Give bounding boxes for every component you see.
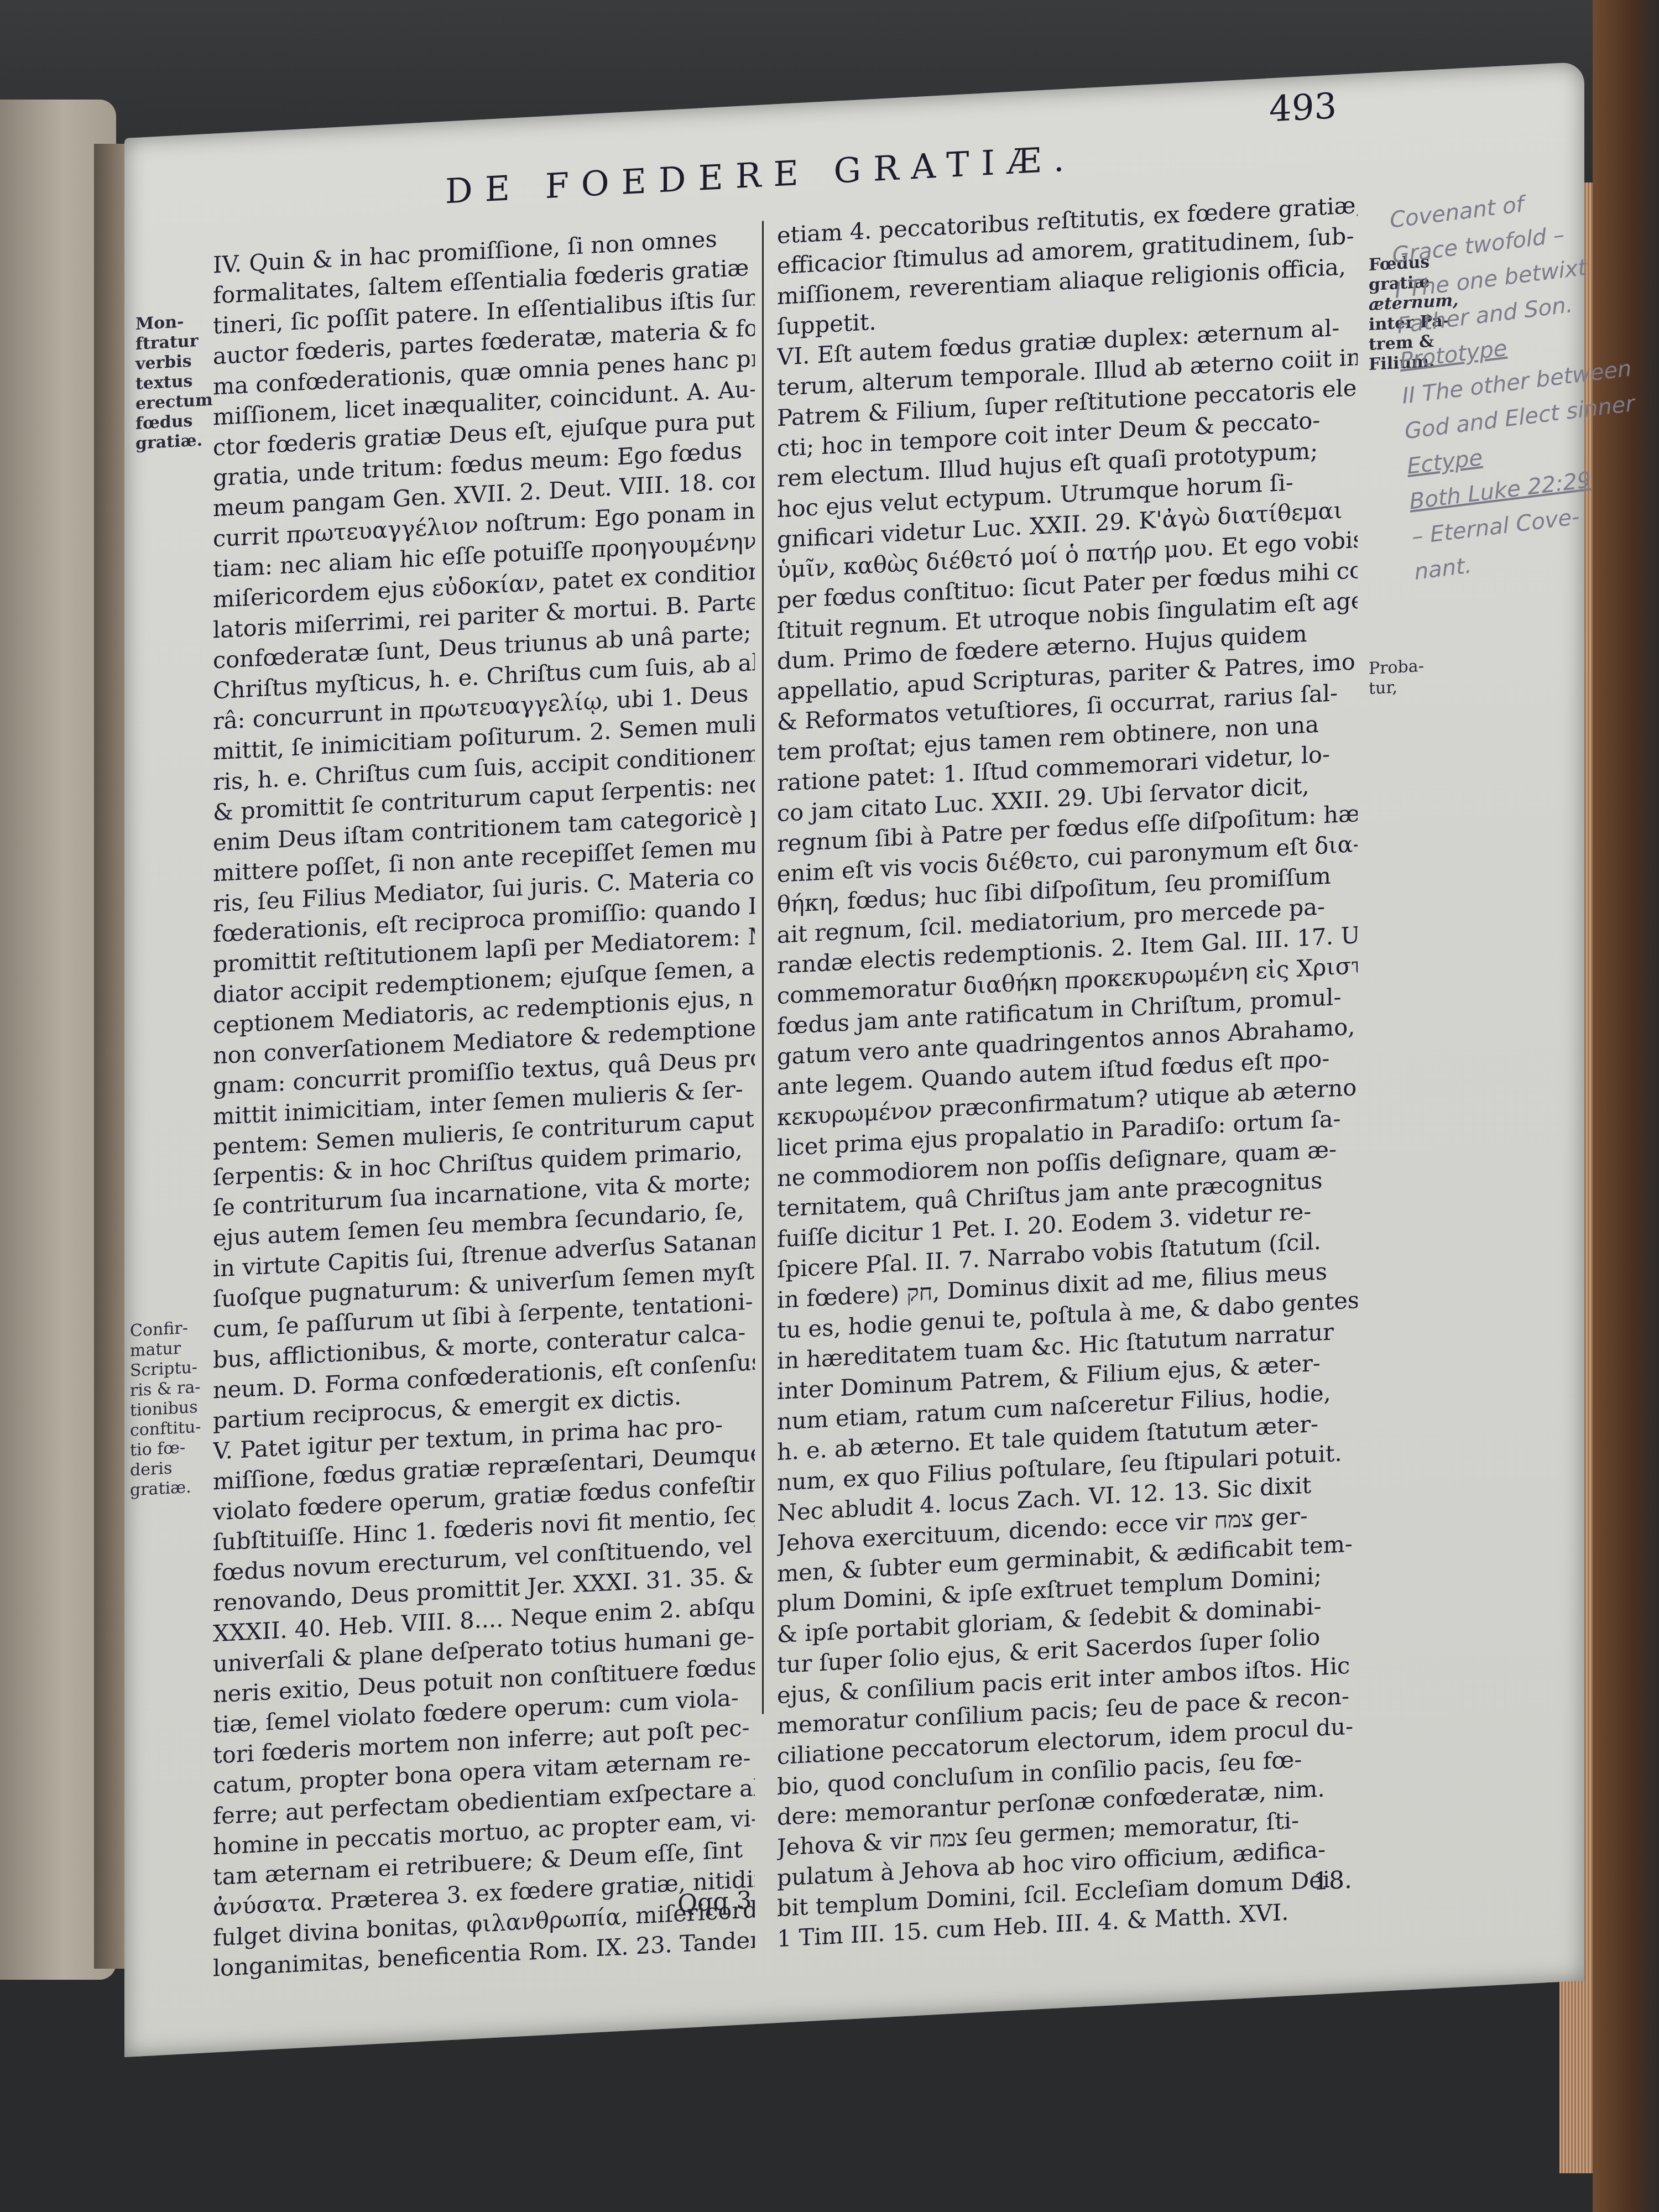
catchword: 18.: [1313, 1866, 1352, 1896]
running-head: DE FOEDERE GRATIÆ.: [445, 138, 1077, 212]
book-page: DE FOEDERE GRATIÆ. 493 Mon- ftratur verb…: [124, 62, 1584, 2057]
margin-note-right-mid: Proba- tur,: [1369, 655, 1457, 699]
column-rule: [762, 221, 764, 1714]
page-number: 493: [1269, 86, 1337, 130]
text-column-left: IV. Quin & in hac promiſſione, ſi non om…: [213, 221, 755, 1983]
signature-mark: Qqq 3: [677, 1886, 752, 1918]
handwritten-annotation: Covenant of Grace twofold – I The one be…: [1389, 172, 1659, 590]
margin-note-left-top: Mon- ftratur verbis textus erectum fœdus…: [135, 311, 202, 454]
text-column-right: etiam 4. peccatoribus reſtitutis, ex fœd…: [777, 190, 1358, 1954]
margin-note-left-bottom: Confir- matur Scriptu- ris & ra- tionibu…: [130, 1318, 202, 1501]
